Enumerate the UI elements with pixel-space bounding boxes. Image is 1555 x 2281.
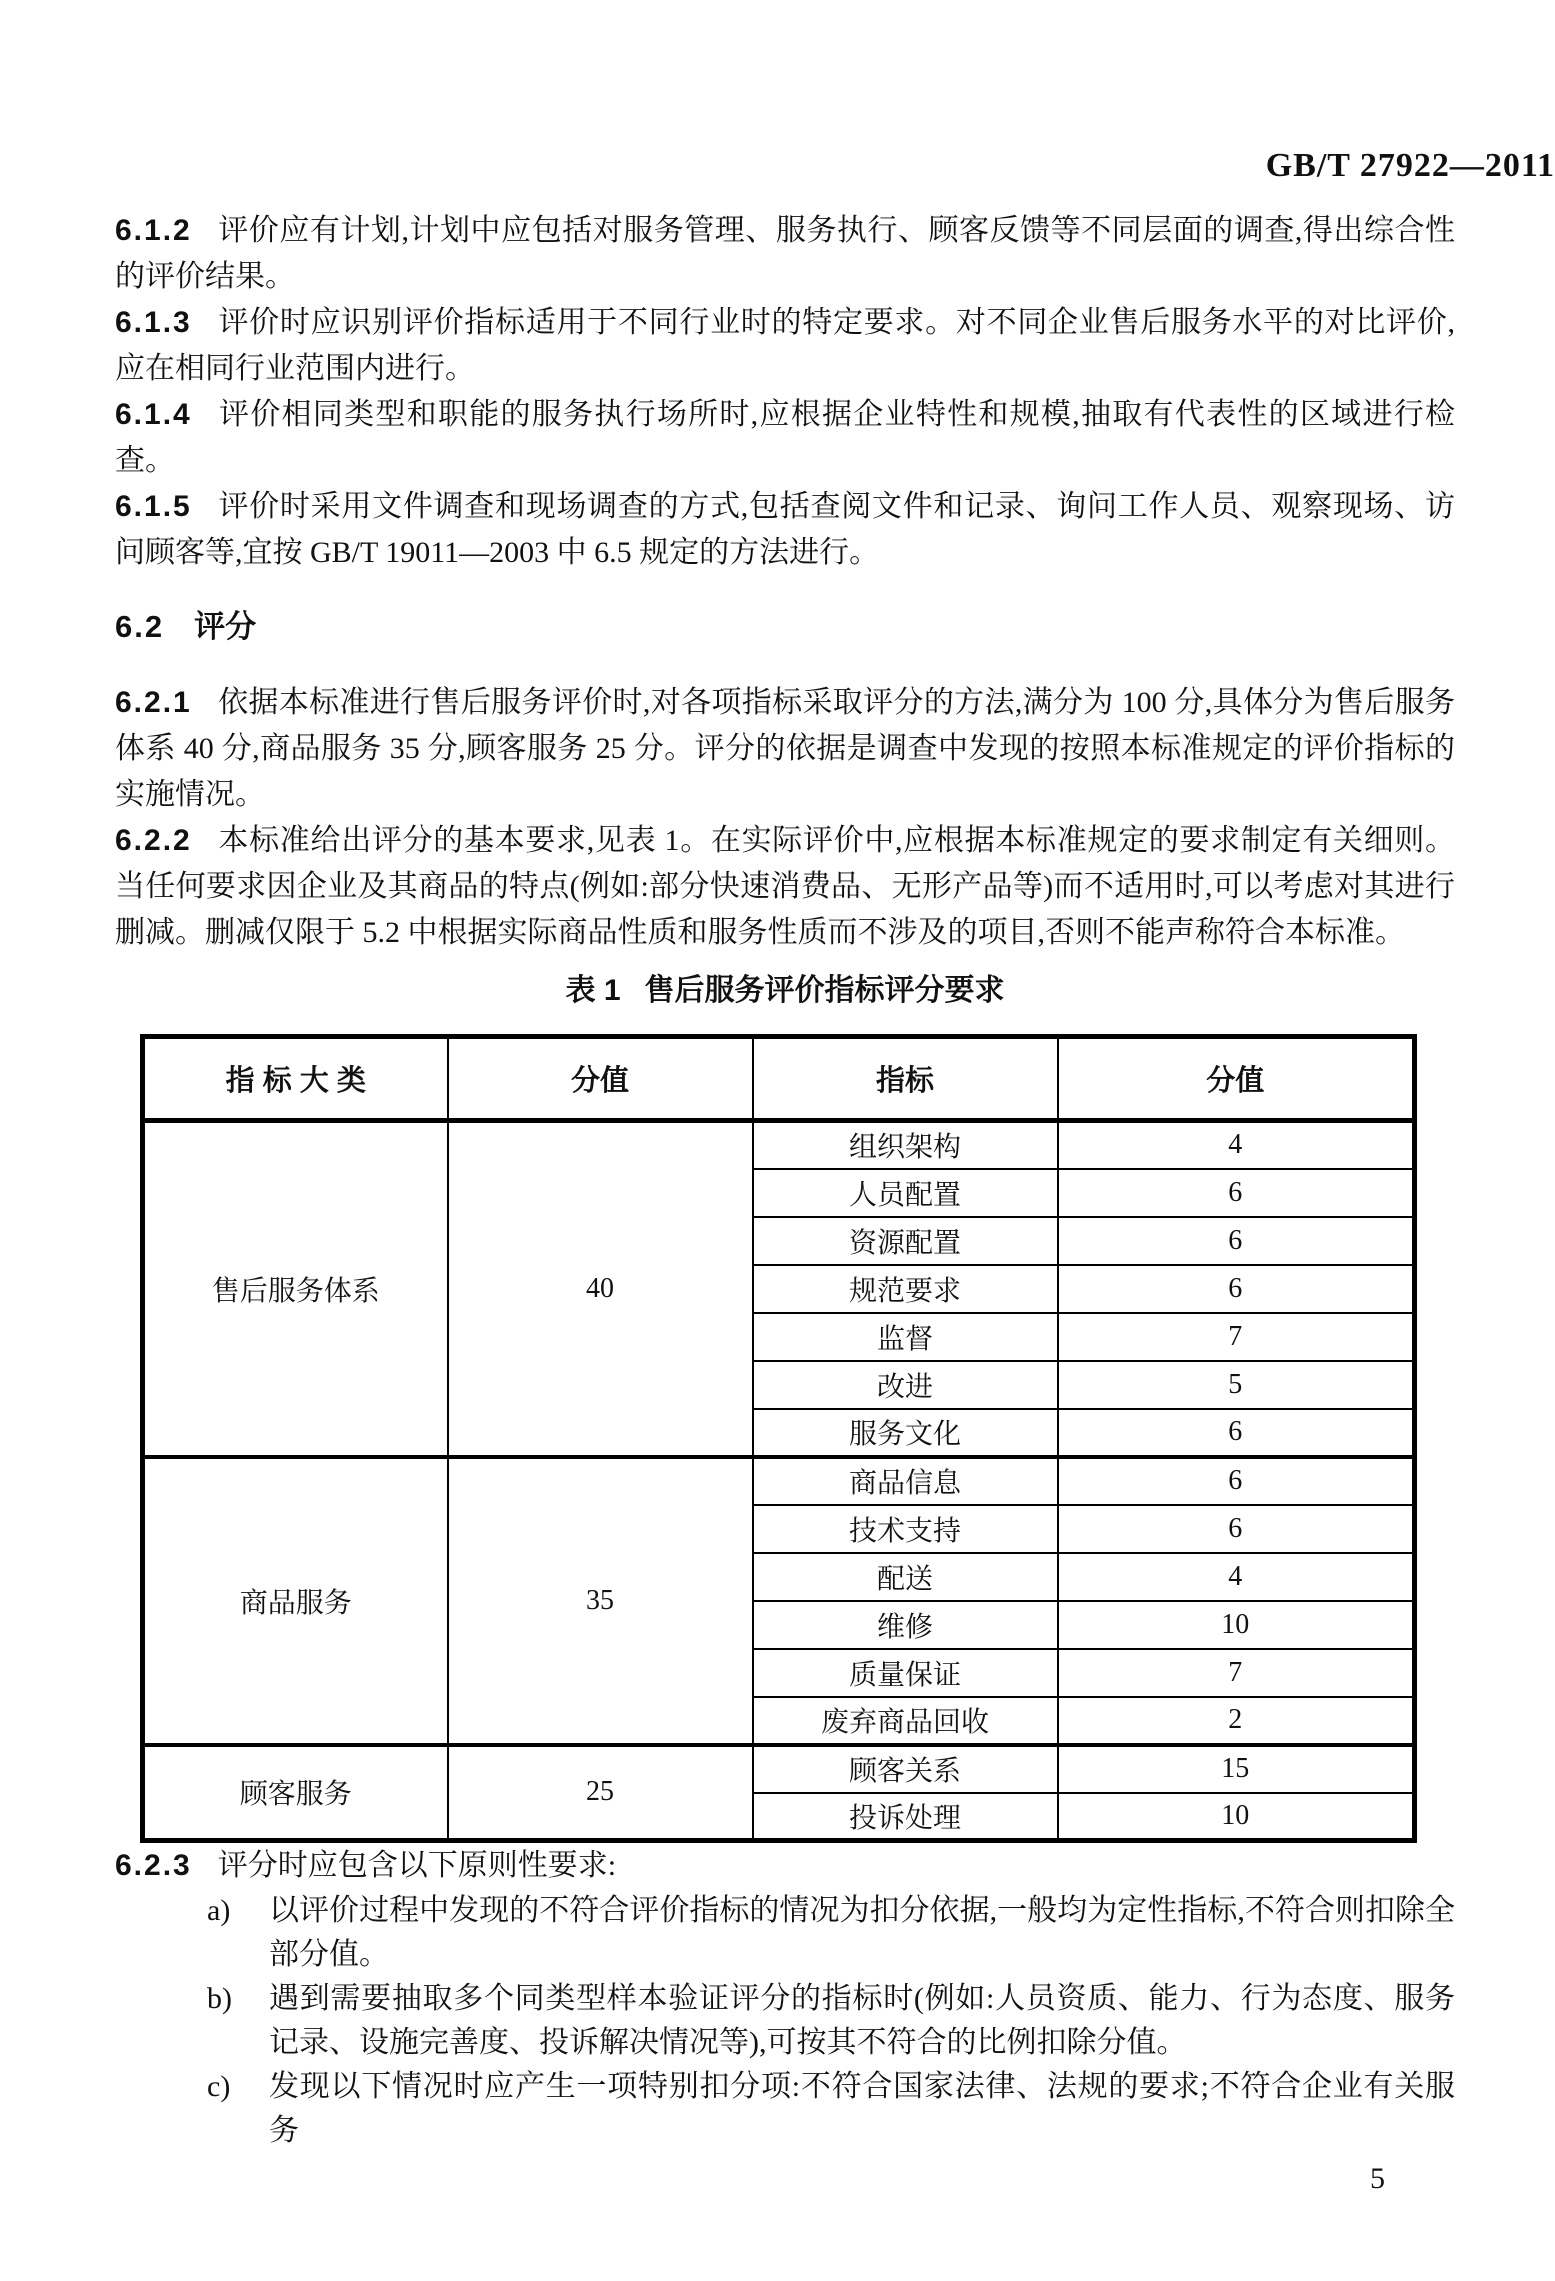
clause-text: 评价相同类型和职能的服务执行场所时,应根据企业特性和规模,抽取有代表性的区域进行… (115, 398, 1455, 477)
value-cell: 6 (1058, 1217, 1415, 1265)
scoring-table: 指 标 大 类 分值 指标 分值 售后服务体系 40 组织架构 4 人员配置 6 (140, 1034, 1417, 1843)
section-heading-title: 评分 (194, 609, 256, 644)
list-item-label: c) (207, 2065, 269, 2153)
clause-paragraph: 6.1.3评价时应识别评价指标适用于不同行业时的特定要求。对不同企业售后服务水平… (115, 300, 1455, 392)
indicator-cell: 技术支持 (753, 1505, 1058, 1553)
list-item: b) 遇到需要抽取多个同类型样本验证评分的指标时(例如:人员资质、能力、行为态度… (207, 1977, 1455, 2065)
clause-paragraph: 6.1.4评价相同类型和职能的服务执行场所时,应根据企业特性和规模,抽取有代表性… (115, 392, 1455, 484)
value-cell: 7 (1058, 1313, 1415, 1361)
category-score-cell: 35 (448, 1457, 753, 1745)
category-score-cell: 40 (448, 1121, 753, 1457)
table-header-cell: 分值 (448, 1037, 753, 1121)
list-item: c) 发现以下情况时应产生一项特别扣分项:不符合国家法律、法规的要求;不符合企业… (207, 2065, 1455, 2153)
indicator-cell: 规范要求 (753, 1265, 1058, 1313)
indicator-cell: 组织架构 (753, 1121, 1058, 1169)
list-item-label: b) (207, 1977, 269, 2065)
page-number: 5 (115, 2159, 1455, 2199)
standard-number: GB/T 27922—2011 (0, 0, 1555, 186)
value-cell: 7 (1058, 1649, 1415, 1697)
table-row: 商品服务 35 商品信息 6 (143, 1457, 1415, 1505)
table-title: 表 1售后服务评价指标评分要求 (115, 970, 1455, 1012)
category-cell: 售后服务体系 (143, 1121, 448, 1457)
clause-number: 6.2.1 (115, 686, 192, 719)
table-header-cell: 分值 (1058, 1037, 1415, 1121)
value-cell: 4 (1058, 1121, 1415, 1169)
clause-number: 6.1.4 (115, 398, 192, 431)
clause-text: 评分时应包含以下原则性要求: (218, 1849, 616, 1882)
section-heading-6-2: 6.2评分 (115, 604, 1455, 650)
clause-paragraph: 6.1.5评价时采用文件调查和现场调查的方式,包括查阅文件和记录、询问工作人员、… (115, 484, 1455, 576)
clause-paragraph: 6.2.3评分时应包含以下原则性要求: (115, 1843, 1455, 1889)
clause-number: 6.2.2 (115, 824, 192, 857)
clause-6-1-block: 6.1.2评价应有计划,计划中应包括对服务管理、服务执行、顾客反馈等不同层面的调… (115, 208, 1455, 576)
indicator-cell: 监督 (753, 1313, 1058, 1361)
clause-text: 本标准给出评分的基本要求,见表 1。在实际评价中,应根据本标准规定的要求制定有关… (115, 824, 1455, 949)
value-cell: 10 (1058, 1601, 1415, 1649)
table-label: 表 1 (565, 974, 620, 1007)
list-item-label: a) (207, 1889, 269, 1977)
list-item-text: 以评价过程中发现的不符合评价指标的情况为扣分依据,一般均为定性指标,不符合则扣除… (269, 1889, 1455, 1977)
table-header-cell: 指 标 大 类 (143, 1037, 448, 1121)
table-row: 顾客服务 25 顾客关系 15 (143, 1745, 1415, 1793)
category-cell: 顾客服务 (143, 1745, 448, 1841)
table-header-cell: 指标 (753, 1037, 1058, 1121)
indicator-cell: 改进 (753, 1361, 1058, 1409)
indicator-cell: 投诉处理 (753, 1793, 1058, 1841)
clause-number: 6.1.5 (115, 490, 192, 523)
indicator-cell: 商品信息 (753, 1457, 1058, 1505)
indicator-cell: 废弃商品回收 (753, 1697, 1058, 1745)
table-row: 售后服务体系 40 组织架构 4 (143, 1121, 1415, 1169)
section-heading-number: 6.2 (115, 609, 164, 644)
indicator-cell: 资源配置 (753, 1217, 1058, 1265)
value-cell: 5 (1058, 1361, 1415, 1409)
indicator-cell: 人员配置 (753, 1169, 1058, 1217)
value-cell: 6 (1058, 1409, 1415, 1457)
clause-text: 评价时采用文件调查和现场调查的方式,包括查阅文件和记录、询问工作人员、观察现场、… (115, 490, 1455, 569)
value-cell: 6 (1058, 1169, 1415, 1217)
value-cell: 6 (1058, 1505, 1415, 1553)
indicator-cell: 顾客关系 (753, 1745, 1058, 1793)
table-header-row: 指 标 大 类 分值 指标 分值 (143, 1037, 1415, 1121)
indicator-cell: 维修 (753, 1601, 1058, 1649)
clause-text: 依据本标准进行售后服务评价时,对各项指标采取评分的方法,满分为 100 分,具体… (115, 686, 1455, 811)
clause-number: 6.1.2 (115, 214, 192, 247)
clause-text: 评价应有计划,计划中应包括对服务管理、服务执行、顾客反馈等不同层面的调查,得出综… (115, 214, 1455, 293)
value-cell: 2 (1058, 1697, 1415, 1745)
value-cell: 4 (1058, 1553, 1415, 1601)
clause-number: 6.2.3 (115, 1849, 192, 1882)
clause-text: 评价时应识别评价指标适用于不同行业时的特定要求。对不同企业售后服务水平的对比评价… (115, 306, 1455, 385)
category-score-cell: 25 (448, 1745, 753, 1841)
indicator-cell: 质量保证 (753, 1649, 1058, 1697)
indicator-cell: 服务文化 (753, 1409, 1058, 1457)
clause-number: 6.1.3 (115, 306, 192, 339)
list-item-text: 发现以下情况时应产生一项特别扣分项:不符合国家法律、法规的要求;不符合企业有关服… (269, 2065, 1455, 2153)
clause-paragraph: 6.2.2本标准给出评分的基本要求,见表 1。在实际评价中,应根据本标准规定的要… (115, 818, 1455, 956)
document-page: GB/T 27922—2011 6.1.2评价应有计划,计划中应包括对服务管理、… (0, 0, 1555, 2281)
category-cell: 商品服务 (143, 1457, 448, 1745)
table-title-text: 售后服务评价指标评分要求 (645, 974, 1005, 1007)
list-item: a) 以评价过程中发现的不符合评价指标的情况为扣分依据,一般均为定性指标,不符合… (207, 1889, 1455, 1977)
indicator-cell: 配送 (753, 1553, 1058, 1601)
value-cell: 10 (1058, 1793, 1415, 1841)
value-cell: 6 (1058, 1457, 1415, 1505)
value-cell: 15 (1058, 1745, 1415, 1793)
clause-paragraph: 6.2.1依据本标准进行售后服务评价时,对各项指标采取评分的方法,满分为 100… (115, 680, 1455, 818)
list-item-text: 遇到需要抽取多个同类型样本验证评分的指标时(例如:人员资质、能力、行为态度、服务… (269, 1977, 1455, 2065)
value-cell: 6 (1058, 1265, 1415, 1313)
clause-paragraph: 6.1.2评价应有计划,计划中应包括对服务管理、服务执行、顾客反馈等不同层面的调… (115, 208, 1455, 300)
